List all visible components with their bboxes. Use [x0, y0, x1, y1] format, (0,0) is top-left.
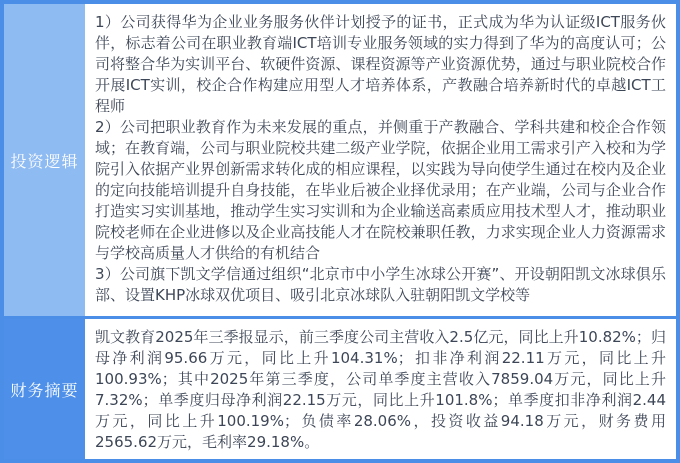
investment-point-3: 3）公司旗下凯文学信通过组织“北京市中小学生冰球公开赛”、开设朝阳凯文冰球俱乐部…: [95, 264, 666, 306]
investment-point-2: 2）公司把职业教育作为未来发展的重点，并侧重于产教融合、学科共建和校企合作领域；…: [95, 117, 666, 264]
financial-summary-row: 财务摘要 凯文教育2025年三季报显示，前三季度公司主营收入2.5亿元，同比上升…: [4, 319, 676, 459]
financial-summary-text: 凯文教育2025年三季报显示，前三季度公司主营收入2.5亿元，同比上升10.82…: [95, 327, 666, 453]
stock-analysis-card: 投资逻辑 1）公司获得华为企业业务服务伙伴计划授予的证书，正式成为华为认证级IC…: [0, 0, 680, 463]
investment-point-1: 1）公司获得华为企业业务服务伙伴计划授予的证书，正式成为华为认证级ICT服务伙伴…: [95, 12, 666, 117]
investment-logic-label: 投资逻辑: [4, 4, 85, 316]
investment-logic-content: 1）公司获得华为企业业务服务伙伴计划授予的证书，正式成为华为认证级ICT服务伙伴…: [85, 4, 676, 316]
investment-logic-row: 投资逻辑 1）公司获得华为企业业务服务伙伴计划授予的证书，正式成为华为认证级IC…: [4, 4, 676, 316]
financial-summary-content: 凯文教育2025年三季报显示，前三季度公司主营收入2.5亿元，同比上升10.82…: [85, 319, 676, 459]
financial-summary-label: 财务摘要: [4, 319, 85, 459]
